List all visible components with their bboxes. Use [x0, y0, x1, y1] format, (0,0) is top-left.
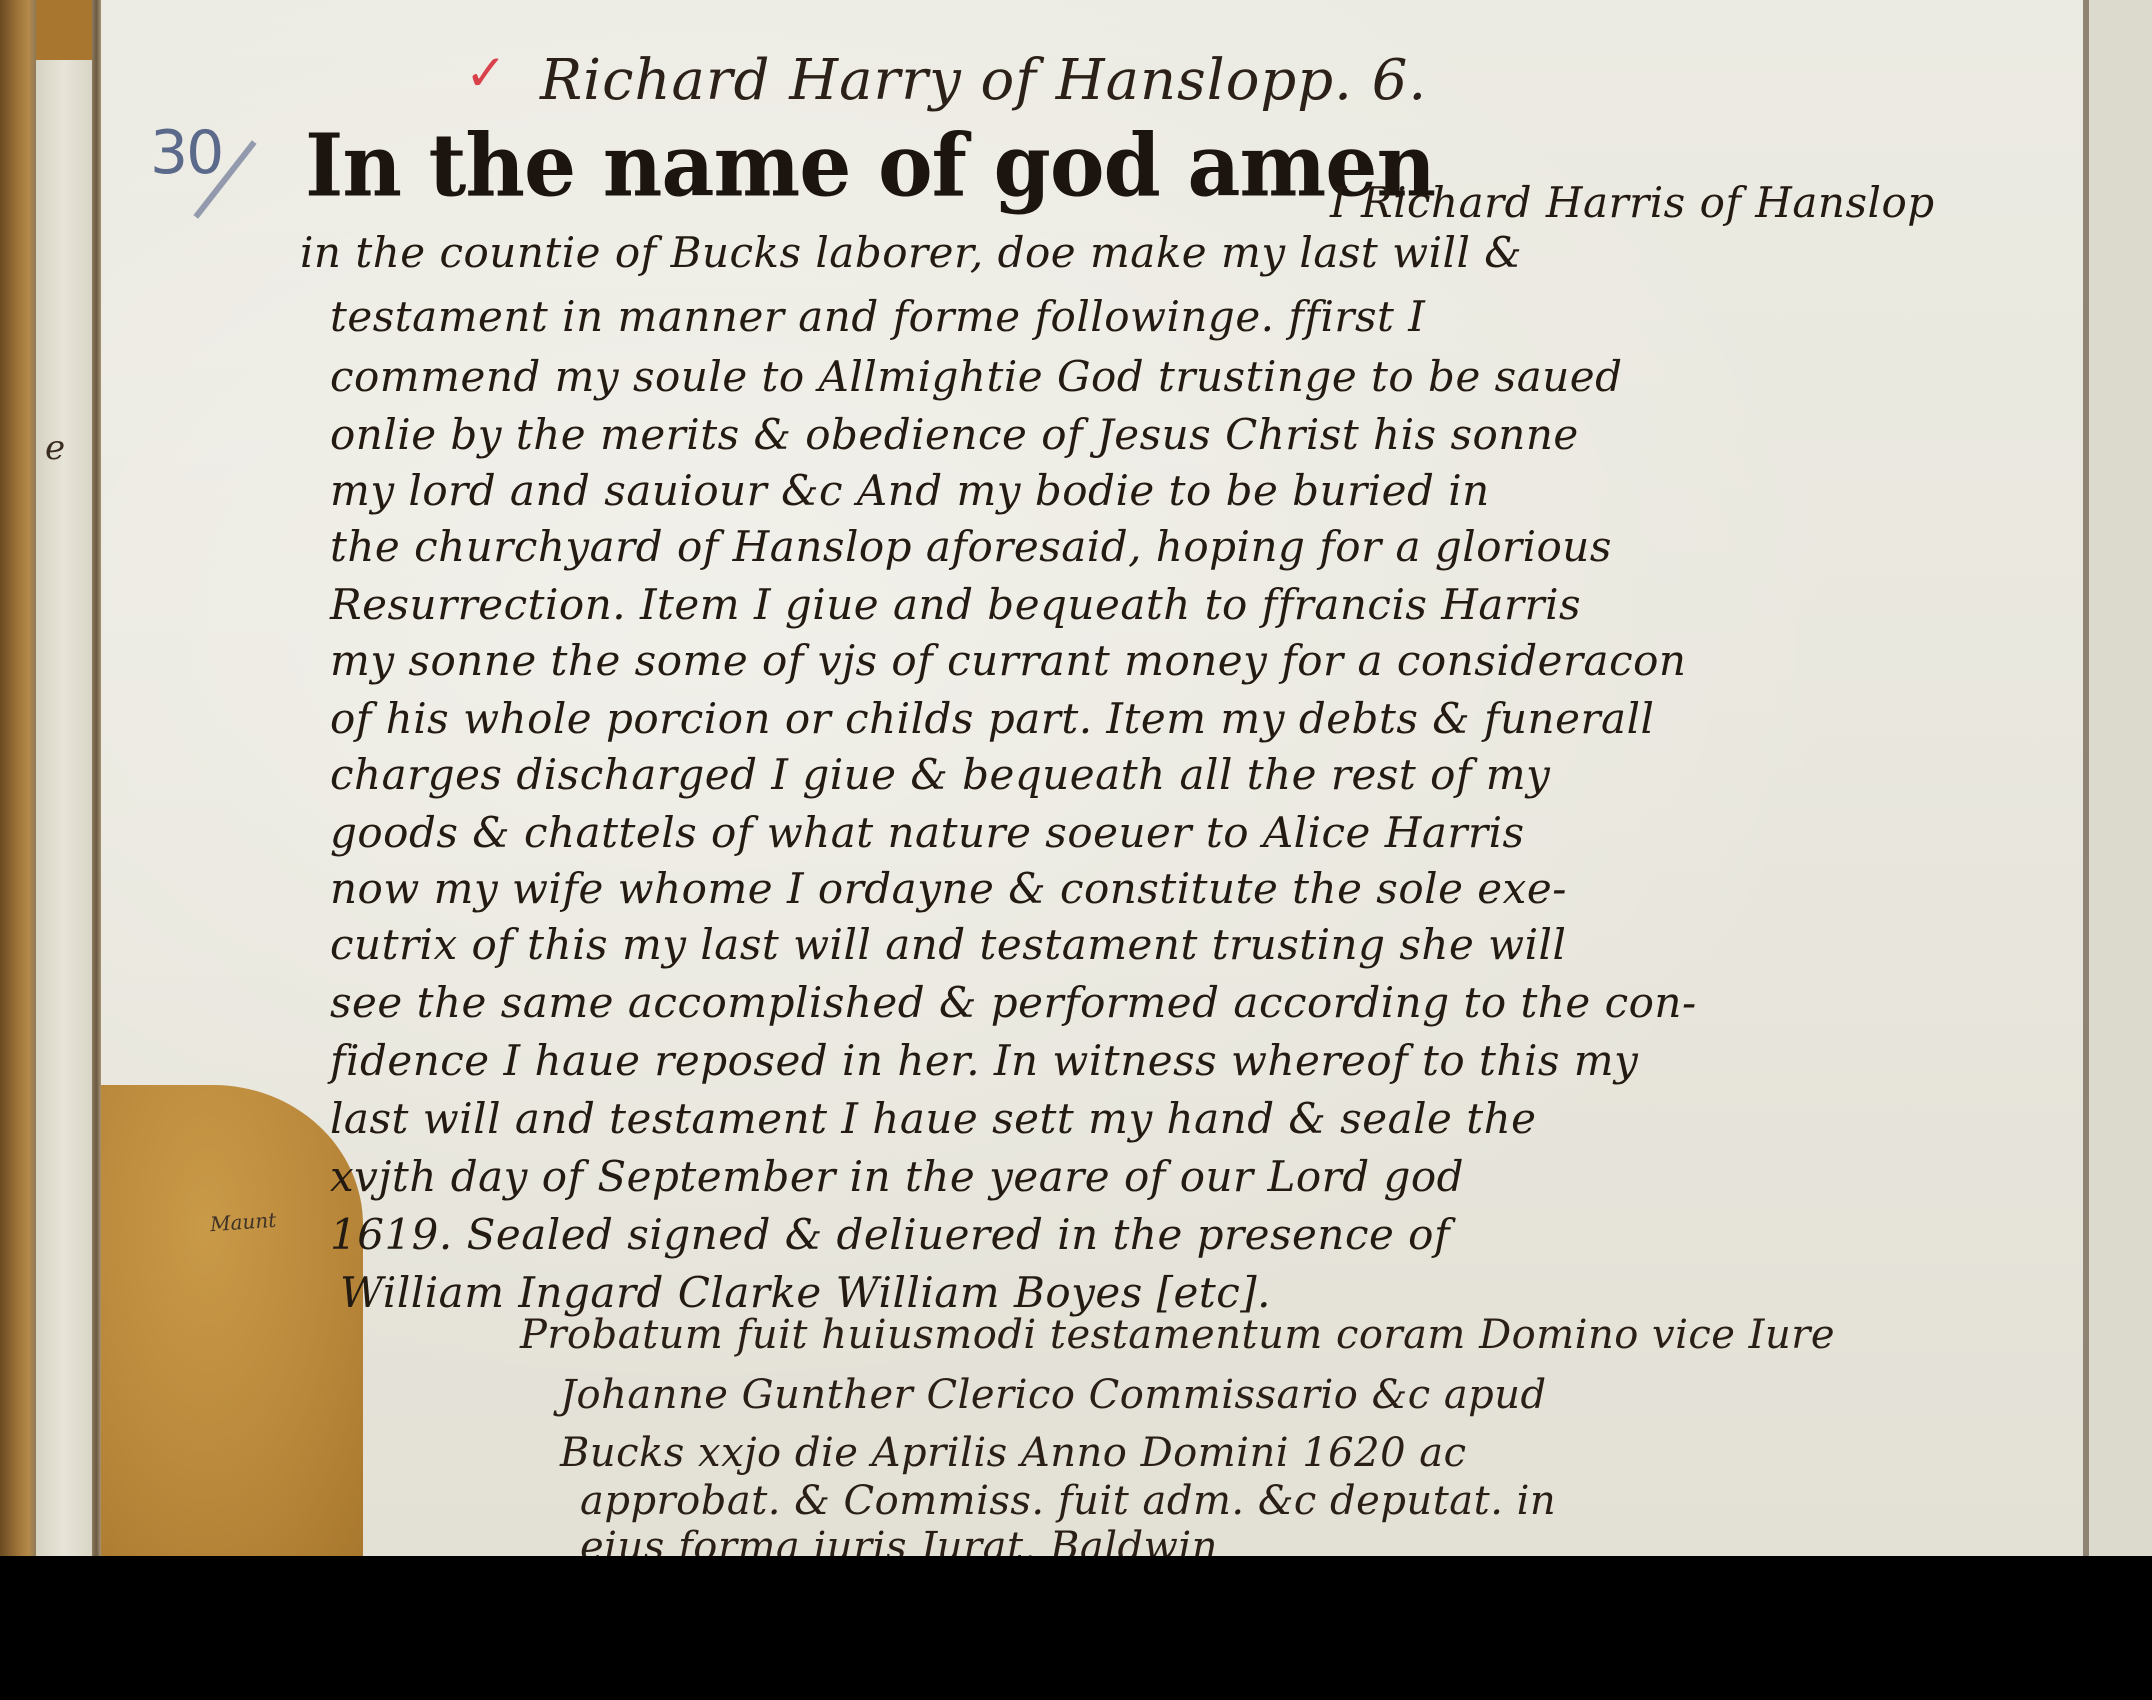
will-line: 1619. Sealed signed & deliuered in the p… — [330, 1210, 1450, 1259]
probate-line: Bucks xxjo die Aprilis Anno Domini 1620 … — [560, 1430, 1467, 1476]
will-line: the churchyard of Hanslop aforesaid, hop… — [330, 522, 1612, 571]
will-line: onlie by the merits & obedience of Jesus… — [330, 410, 1579, 459]
will-line: fidence I haue reposed in her. In witnes… — [330, 1036, 1638, 1085]
probate-line: Johanne Gunther Clerico Commissario &c a… — [560, 1372, 1547, 1418]
will-line: last will and testament I haue sett my h… — [330, 1094, 1537, 1143]
binding-edge — [0, 0, 36, 1556]
will-line: my lord and sauiour &c And my bodie to b… — [330, 466, 1490, 515]
invocation-heading: In the name of god amen — [305, 116, 1435, 217]
margin-mark: e — [45, 428, 65, 468]
red-check-icon: ✓ — [465, 44, 507, 102]
repair-patch — [101, 1085, 363, 1556]
will-line: commend my soule to Allmightie God trust… — [330, 352, 1623, 401]
will-line: William Ingard Clarke William Boyes [etc… — [340, 1268, 1271, 1317]
will-line: Resurrection. Item I giue and bequeath t… — [330, 580, 1581, 629]
will-line: goods & chattels of what nature soeuer t… — [330, 808, 1525, 857]
will-line: cutrix of this my last will and testamen… — [330, 920, 1566, 969]
entry-heading: Richard Harry of Hanslopp. 6. — [540, 48, 1427, 113]
will-line: my sonne the some of vjs of currant mone… — [330, 636, 1686, 685]
will-line: charges discharged I giue & bequeath all… — [330, 750, 1550, 799]
probate-line: Probatum fuit huiusmodi testamentum cora… — [520, 1312, 1835, 1358]
folio-number: 30 — [150, 118, 222, 188]
scanned-page: Maunt 30 e ✓ Richard Harry of Hanslopp. … — [0, 0, 2152, 1556]
will-line: I Richard Harris of Hanslop — [1330, 178, 1935, 227]
patch-note: Maunt — [209, 1208, 277, 1237]
will-line: in the countie of Bucks laborer, doe mak… — [300, 228, 1522, 277]
letterbox-bar — [0, 1556, 2152, 1700]
probate-line: approbat. & Commiss. fuit adm. &c deputa… — [580, 1478, 1556, 1524]
will-line: of his whole porcion or childs part. Ite… — [330, 694, 1654, 743]
will-line: now my wife whome I ordayne & constitute… — [330, 864, 1567, 913]
binding-gutter-line — [92, 0, 101, 1556]
next-leaf-edge — [2089, 0, 2152, 1556]
probate-line: eius forma iuris Jurat. Baldwin — [580, 1524, 1218, 1556]
binding-strip — [36, 0, 92, 1556]
will-line: see the same accomplished & performed ac… — [330, 978, 1697, 1027]
will-line: testament in manner and forme followinge… — [330, 292, 1425, 341]
will-line: xvjth day of September in the yeare of o… — [330, 1152, 1464, 1201]
